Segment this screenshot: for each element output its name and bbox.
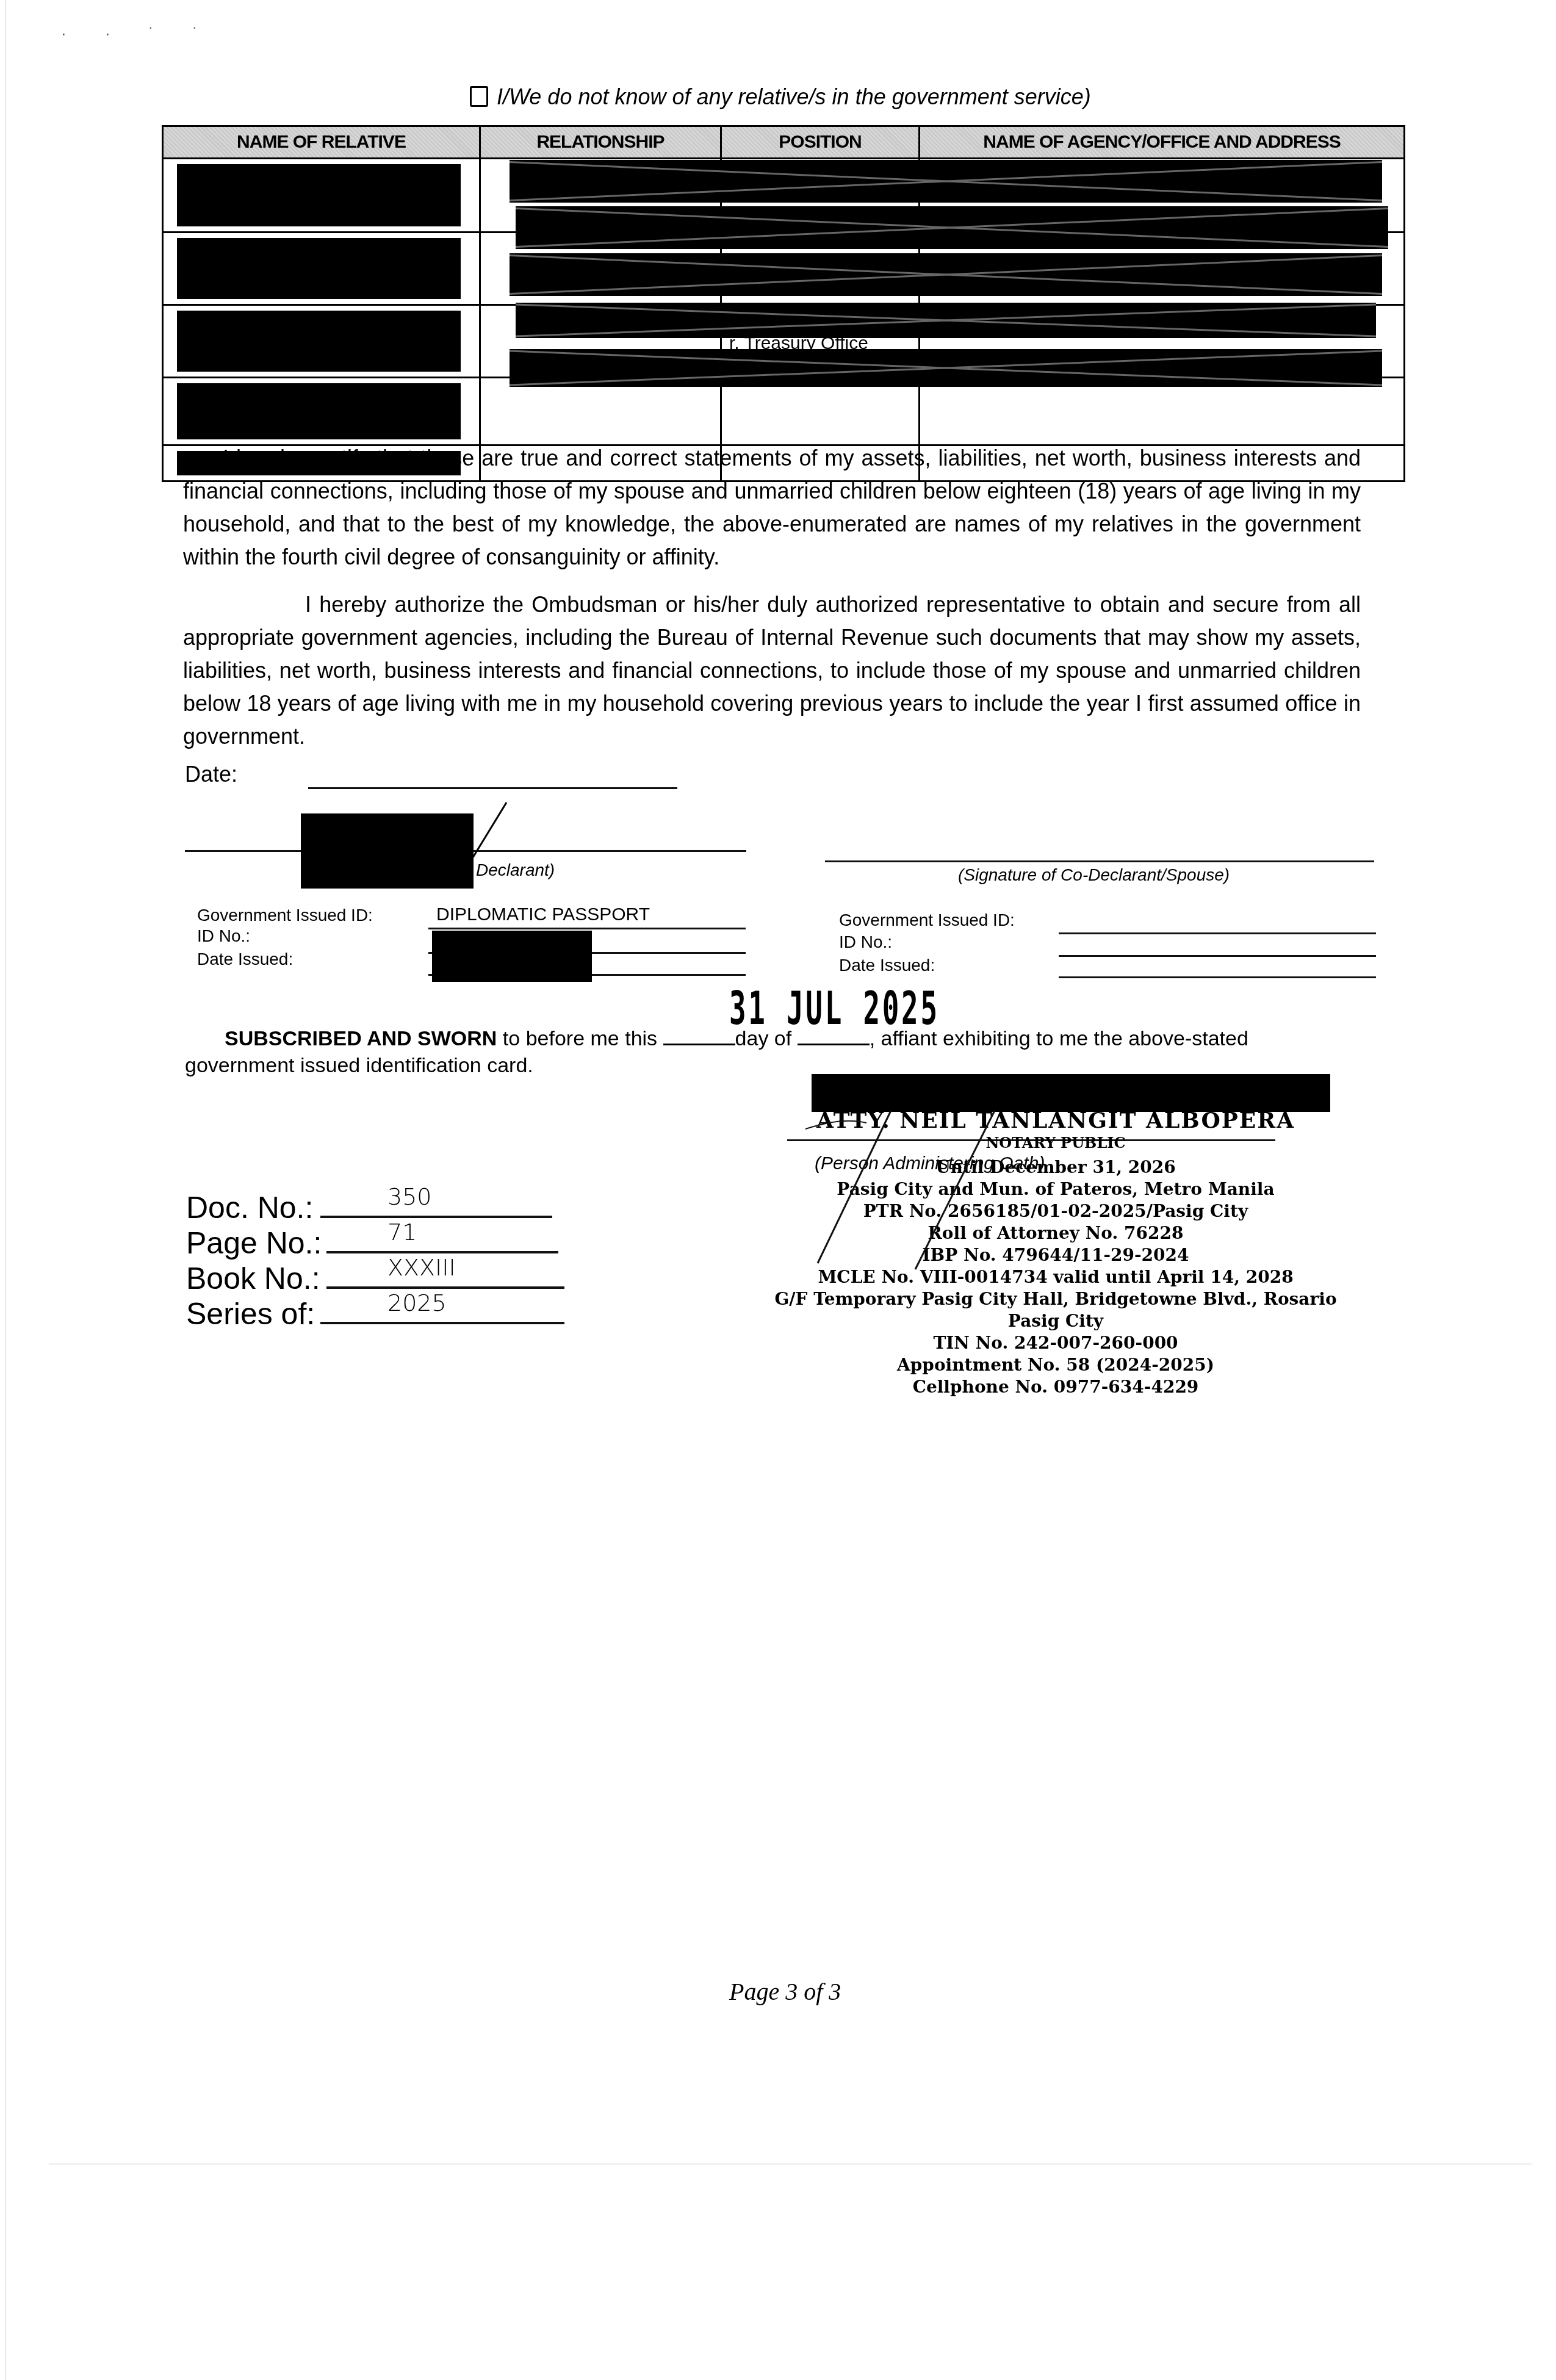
date-label: Date: [185,762,237,787]
redacted-relative-details [510,253,1382,296]
declarant-signature-label: Declarant) [476,860,555,880]
register-label: Page No.: [186,1226,322,1260]
notary-title: NOTARY PUBLIC [766,1132,1345,1154]
register-handwritten-value: 2025 [387,1285,447,1321]
register-underline [320,1322,564,1324]
register-label: Book No.: [186,1261,320,1296]
scan-specks: · · ˙ ˙ [61,24,215,43]
checkbox-icon[interactable] [470,86,488,107]
co-declarant-signature-line [825,860,1374,862]
register-handwritten-value: XXXIII [387,1250,456,1285]
declarant-id-no-label: ID No.: [197,926,250,946]
notary-detail-line: Pasig City and Mun. of Pateros, Metro Ma… [766,1178,1345,1200]
date-field-line[interactable] [308,787,677,789]
cell-position [721,378,920,445]
document-page: · · ˙ ˙ I/We do not know of any relative… [0,0,1556,2380]
redacted-relative-name [177,164,461,226]
sworn-text: day of [735,1027,798,1050]
notary-block: ATTY. NEIL TANLANGIT ALBOPERA NOTARY PUB… [766,1108,1345,1398]
redacted-relative-details [510,160,1382,203]
co-declarant-gov-id-label: Government Issued ID: [839,911,1015,930]
cell-name [163,305,480,378]
declarant-date-issued-label: Date Issued: [197,950,293,969]
notary-detail-line: G/F Temporary Pasig City Hall, Bridgetow… [766,1288,1345,1332]
redacted-relative-name [177,383,461,439]
redacted-relative-name [177,311,461,372]
register-row: Book No.:XXXIII [186,1261,322,1296]
notary-name: ATTY. NEIL TANLANGIT ALBOPERA [766,1108,1345,1133]
person-administering-oath-label: (Person Administering Oath) [815,1153,1045,1174]
declarant-gov-id-label: Government Issued ID: [197,906,373,925]
redacted-relative-details [516,206,1388,249]
scan-edge [5,0,6,2380]
declarant-gov-id-line [428,928,746,929]
notarial-register: Doc. No.:350Page No.:71Book No.:XXXIIISe… [186,1190,322,1332]
redacted-signature [301,813,474,889]
register-handwritten-value: 350 [387,1179,432,1214]
register-handwritten-value: 71 [387,1214,417,1250]
redacted-relative-details [510,349,1382,387]
header-position: POSITION [721,126,920,159]
cell-name [163,233,480,305]
certification-paragraph: I hereby certify that these are true and… [183,442,1361,574]
cell-name [163,378,480,445]
register-row: Doc. No.:350 [186,1190,322,1225]
notary-detail-line: IBP No. 479644/11-29-2024 [766,1244,1345,1266]
notary-detail-line: Roll of Attorney No. 76228 [766,1222,1345,1244]
declarant-gov-id-value: DIPLOMATIC PASSPORT [436,904,650,925]
table-row [163,378,1405,445]
cell-relationship [480,378,721,445]
cell-name [163,159,480,233]
notary-detail-line: Appointment No. 58 (2024-2025) [766,1354,1345,1376]
redacted-notary-signature [812,1074,1330,1112]
register-label: Series of: [186,1297,315,1331]
day-blank [663,1026,735,1045]
sworn-lead: SUBSCRIBED AND SWORN [225,1027,497,1050]
co-declarant-signature-label: (Signature of Co-Declarant/Spouse) [958,865,1230,885]
sworn-text: to before me this [497,1027,663,1050]
no-relative-label: I/We do not know of any relative/s in th… [497,84,1091,109]
header-relationship: RELATIONSHIP [480,126,721,159]
page-footer: Page 3 of 3 [729,1977,841,2006]
co-declarant-id-no-label: ID No.: [839,932,892,952]
co-declarant-id-no-line [1059,955,1376,957]
header-name-of-relative: NAME OF RELATIVE [163,126,480,159]
notary-detail-line: MCLE No. VIII-0014734 valid until April … [766,1266,1345,1288]
scan-edge [49,2163,1532,2165]
sworn-statement: SUBSCRIBED AND SWORN to before me this d… [185,1025,1363,1079]
redacted-relative-name [177,238,461,299]
co-declarant-gov-id-line [1059,932,1376,934]
notary-detail-line: PTR No. 2656185/01-02-2025/Pasig City [766,1200,1345,1222]
co-declarant-date-issued-line [1059,976,1376,978]
register-underline [320,1216,552,1218]
month-blank [798,1026,870,1045]
notary-detail-line: Cellphone No. 0977-634-4229 [766,1376,1345,1398]
redacted-relative-details [516,303,1376,338]
redacted-id-details [432,931,592,982]
register-row: Page No.:71 [186,1225,322,1261]
table-header-row: NAME OF RELATIVE RELATIONSHIP POSITION N… [163,126,1405,159]
header-agency: NAME OF AGENCY/OFFICE AND ADDRESS [920,126,1405,159]
notary-detail-line: TIN No. 242-007-260-000 [766,1332,1345,1354]
register-label: Doc. No.: [186,1191,313,1225]
cell-agency [920,378,1405,445]
co-declarant-date-issued-label: Date Issued: [839,956,935,975]
no-relative-option: I/We do not know of any relative/s in th… [470,84,1091,110]
register-row: Series of:2025 [186,1296,322,1332]
authorization-paragraph: I hereby authorize the Ombudsman or his/… [183,588,1361,753]
